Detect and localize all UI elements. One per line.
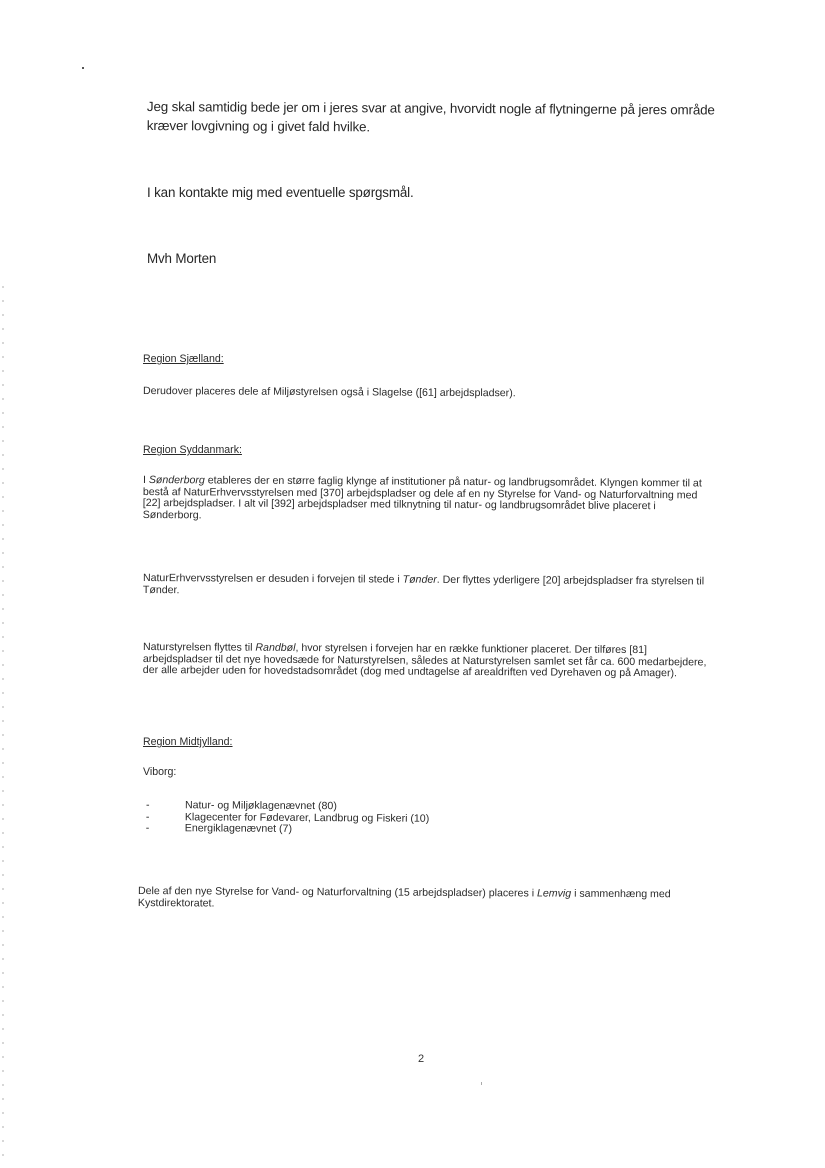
page-number: 2: [418, 1053, 424, 1065]
scan-speck: [481, 1082, 482, 1085]
scan-edge-artifact: [2, 280, 4, 1160]
dash-bullet-icon: -: [146, 822, 150, 834]
midtjylland-paragraph-lemvig: Dele af den nye Styrelse for Vand- og Na…: [138, 886, 706, 913]
syddanmark-paragraph-randbol: Naturstyrelsen flyttes til Randbøl, hvor…: [143, 642, 711, 680]
scan-speck: [82, 67, 84, 69]
syddanmark-paragraph-tonder: NaturErhvervsstyrelsen er desuden i forv…: [143, 573, 711, 600]
city-randbol: Randbøl: [255, 642, 295, 654]
letter-paragraph-2: I kan kontakte mig med eventuelle spørgs…: [147, 185, 414, 200]
heading-region-midtjylland: Region Midtjylland:: [143, 737, 711, 749]
letter-paragraph-1-line-1: Jeg skal samtidig bede jer om i jeres sv…: [147, 99, 715, 117]
syddanmark-paragraph-sonderborg: I Sønderborg etableres der en større fag…: [143, 475, 711, 525]
city-sonderborg: Sønderborg: [149, 474, 205, 486]
heading-region-syddanmark: Region Syddanmark:: [143, 445, 711, 457]
heading-region-sjaelland: Region Sjælland:: [143, 354, 711, 366]
letter-paragraph-1: Jeg skal samtidig bede jer om i jeres sv…: [147, 99, 715, 136]
sjaelland-paragraph: Derudover placeres dele af Miljøstyrelse…: [143, 386, 711, 401]
midtjylland-city-viborg: Viborg:: [143, 767, 711, 779]
letter-signoff: Mvh Morten: [147, 251, 216, 266]
letter-paragraph-1-line-2: kræver lovgivning og i givet fald hvilke…: [147, 118, 715, 136]
city-lemvig: Lemvig: [537, 887, 571, 899]
dash-bullet-icon: -: [146, 799, 150, 811]
dash-bullet-icon: -: [146, 811, 150, 823]
city-tonder: Tønder: [403, 574, 437, 586]
